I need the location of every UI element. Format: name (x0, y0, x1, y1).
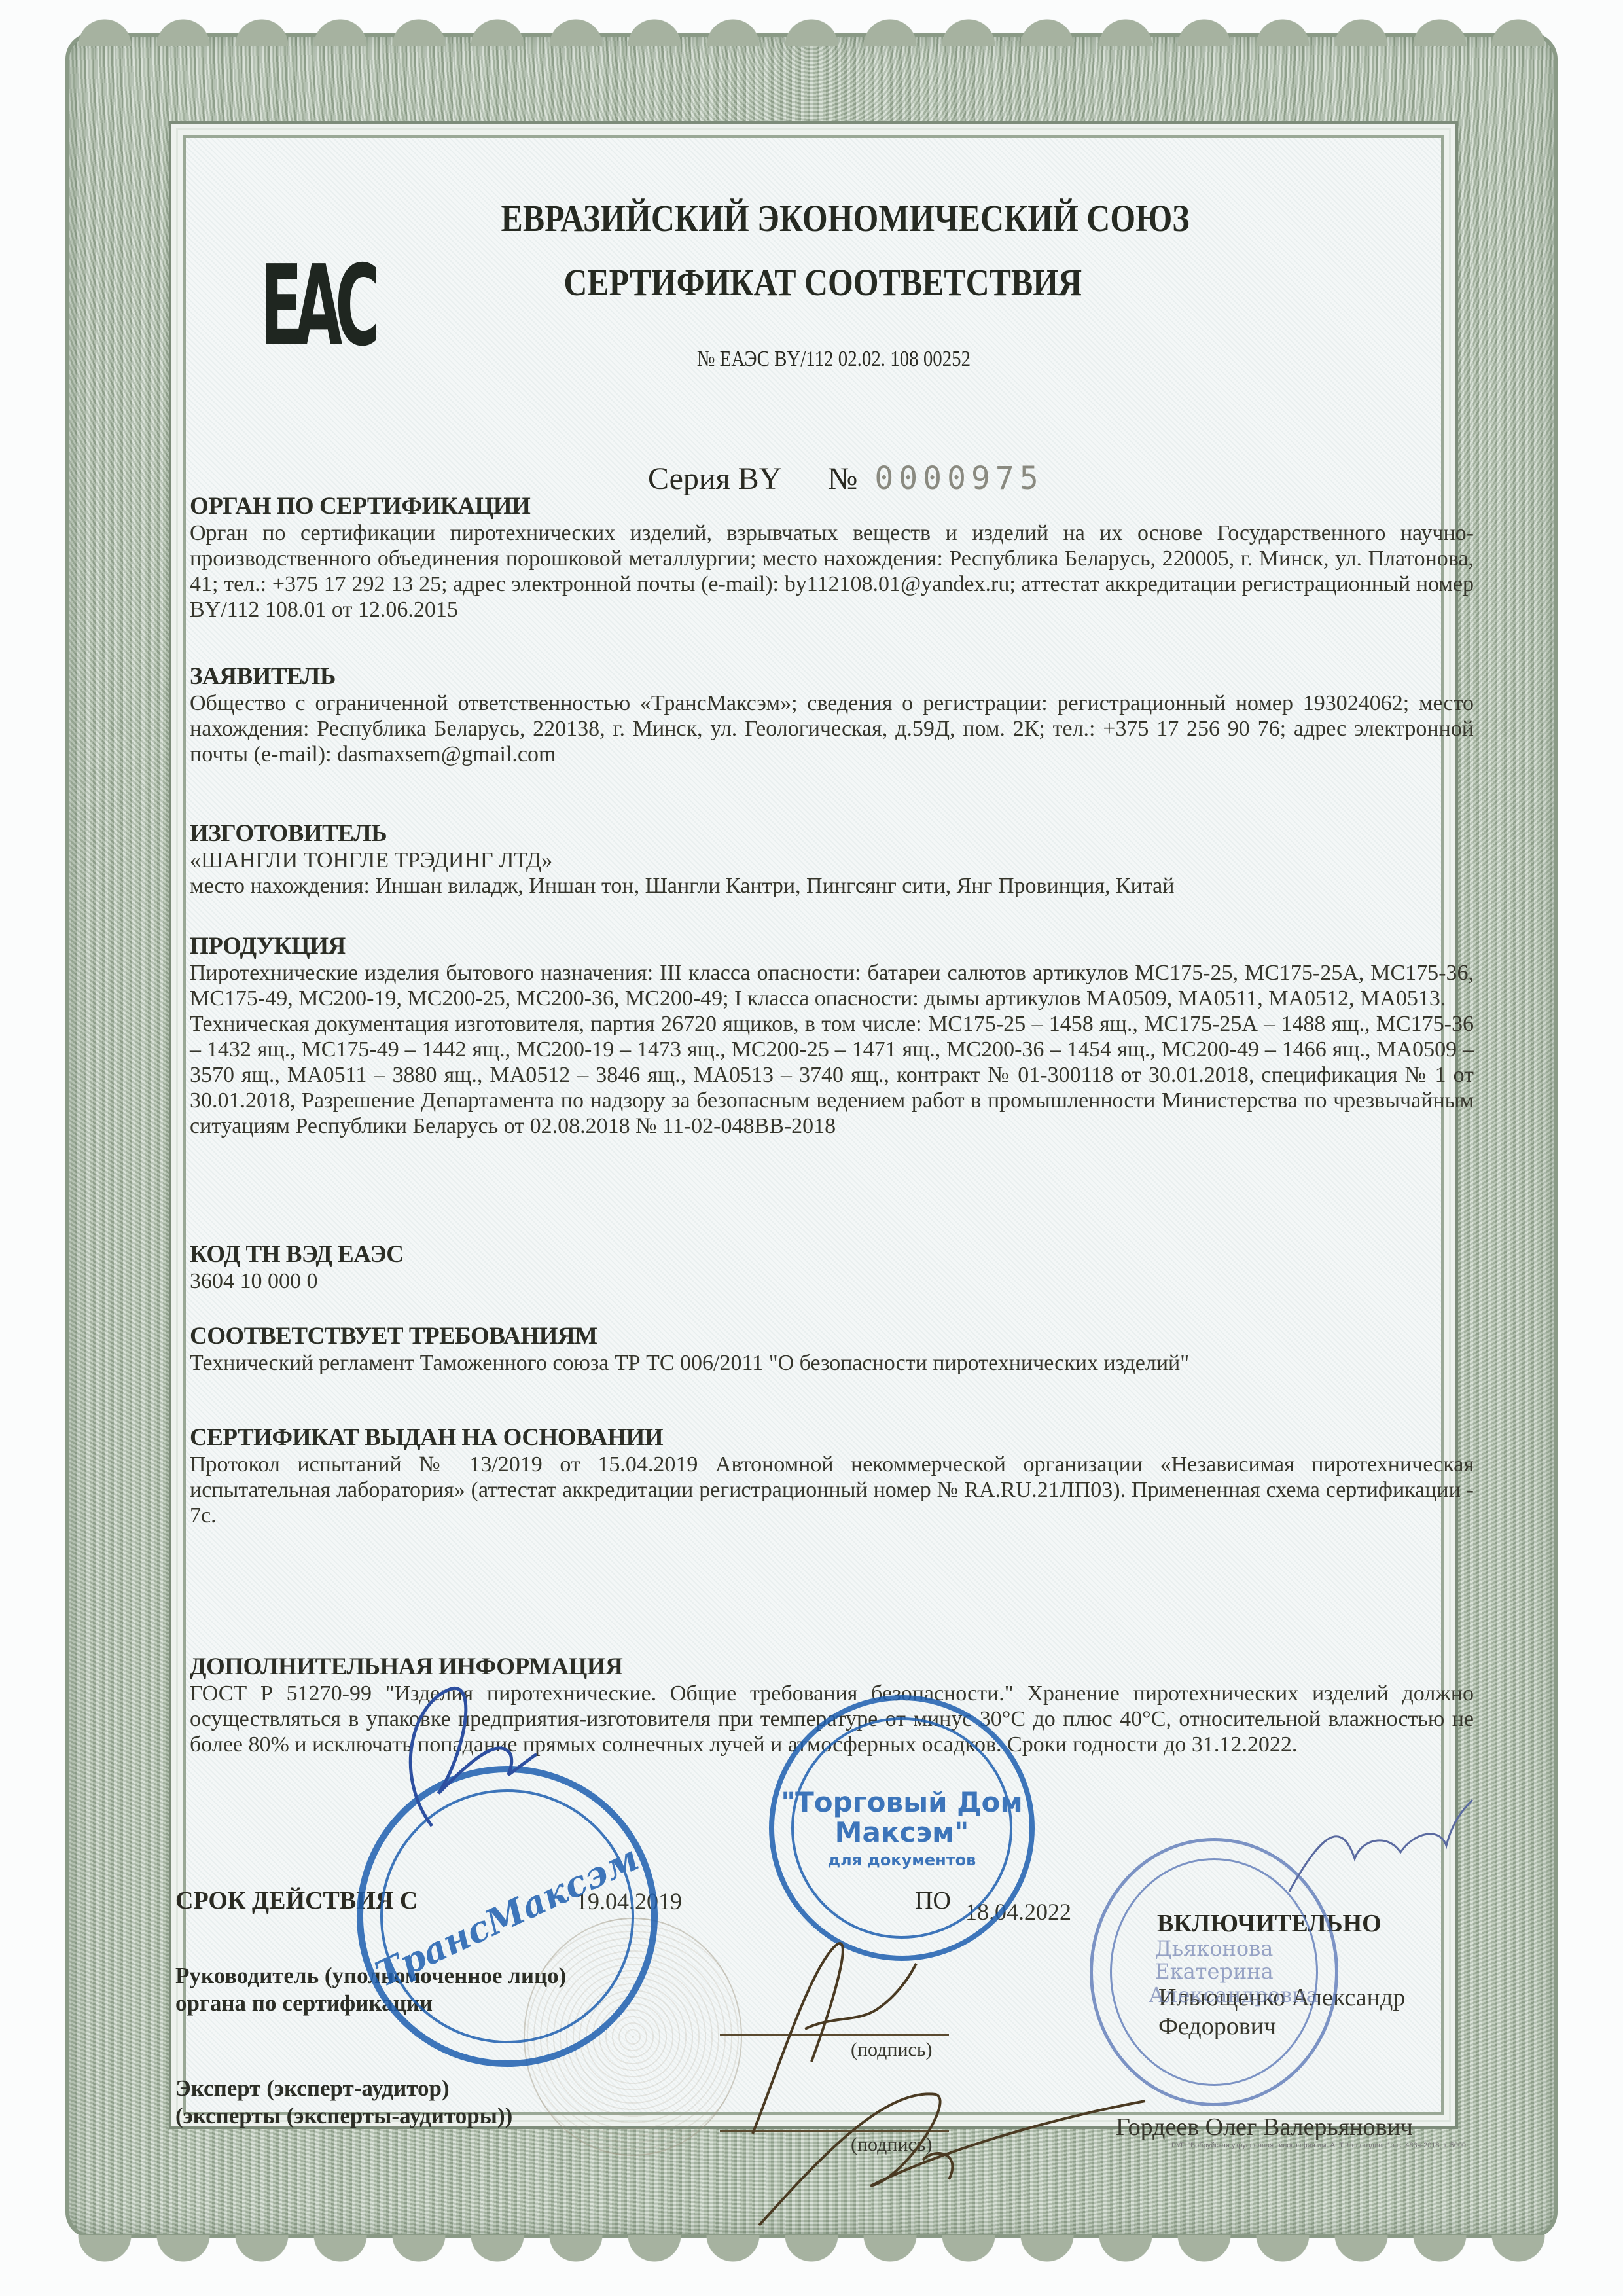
section-title: ОРГАН ПО СЕРТИФИКАЦИИ (190, 492, 1474, 520)
union-title: ЕВРАЗИЙСКИЙ ЭКОНОМИЧЕСКИЙ СОЮЗ (114, 196, 1510, 240)
product-description: Пиротехнические изделия бытового назначе… (190, 960, 1474, 1011)
section-title: СООТВЕТСТВУЕТ ТРЕБОВАНИЯМ (190, 1322, 1474, 1350)
section-applicant: ЗАЯВИТЕЛЬ Общество с ограниченной ответс… (190, 662, 1474, 767)
hs-code-value: 3604 10 000 0 (190, 1268, 1474, 1294)
section-product: ПРОДУКЦИЯ Пиротехнические изделия бытово… (190, 932, 1474, 1139)
section-text: Технический регламент Таможенного союза … (190, 1350, 1474, 1376)
section-title: ПРОДУКЦИЯ (190, 932, 1474, 960)
section-title: ЗАЯВИТЕЛЬ (190, 662, 1474, 691)
expert-signature-label: Эксперт (эксперт-аудитор) (эксперты (экс… (175, 2075, 512, 2130)
manufacturer-name: «ШАНГЛИ ТОНГЛЕ ТРЭДИНГ ЛТД» (190, 848, 1474, 873)
series-label: Серия BY (648, 461, 781, 496)
section-conforms: СООТВЕТСТВУЕТ ТРЕБОВАНИЯМ Технический ре… (190, 1322, 1474, 1376)
section-text: Общество с ограниченной ответственностью… (190, 691, 1474, 767)
product-documentation: Техническая документация изготовителя, п… (190, 1011, 1474, 1139)
expert-label-line1: Эксперт (эксперт-аудитор) (175, 2075, 512, 2102)
trade-house-stamp-text: "Торговый Дом Максэм" для документов (774, 1787, 1029, 1869)
document-title: СЕРТИФИКАТ СООТВЕТСТВИЯ (114, 260, 1510, 304)
series-number: 0000975 (874, 460, 1043, 497)
section-title: ИЗГОТОВИТЕЛЬ (190, 819, 1474, 848)
number-sign: № (828, 461, 858, 496)
expert-signature-icon (740, 2081, 1211, 2251)
section-basis: СЕРТИФИКАТ ВЫДАН НА ОСНОВАНИИ Протокол и… (190, 1424, 1474, 1528)
section-text: Орган по сертификации пиротехнических из… (190, 520, 1474, 622)
expert-label-line2: (эксперты (эксперты-аудиторы)) (175, 2102, 512, 2130)
applicant-signature-icon (353, 1676, 563, 1846)
applicant-stamp-text: ТрансМаксэм (370, 1839, 645, 1994)
trade-house-stamp-name: "Торговый Дом Максэм" (774, 1787, 1029, 1848)
series-line: Серия BY № 0000975 (648, 460, 1044, 497)
section-hs-code: КОД ТН ВЭД ЕАЭС 3604 10 000 0 (190, 1240, 1474, 1294)
trade-house-stamp: "Торговый Дом Максэм" для документов (769, 1695, 1035, 1961)
ip-signature-icon (1283, 1793, 1479, 1924)
section-title: КОД ТН ВЭД ЕАЭС (190, 1240, 1474, 1268)
section-text: Протокол испытаний № 13/2019 от 15.04.20… (190, 1452, 1474, 1528)
manufacturer-address: место нахождения: Иншан виладж, Иншан то… (190, 873, 1474, 899)
section-certification-body: ОРГАН ПО СЕРТИФИКАЦИИ Орган по сертифика… (190, 492, 1474, 622)
border-scallop-top (65, 7, 1558, 46)
trade-house-stamp-sub: для документов (774, 1852, 1029, 1869)
section-title: СЕРТИФИКАТ ВЫДАН НА ОСНОВАНИИ (190, 1424, 1474, 1452)
section-manufacturer: ИЗГОТОВИТЕЛЬ «ШАНГЛИ ТОНГЛЕ ТРЭДИНГ ЛТД»… (190, 819, 1474, 899)
ip-stamp-name: Дьяконова Екатерина Александровна (1149, 1937, 1279, 2007)
print-note: РУП "Бобруйская укрупненная типография и… (1171, 2142, 1466, 2149)
certificate-number: № ЕАЭС BY/112 02.02. 108 00252 (122, 347, 1501, 372)
